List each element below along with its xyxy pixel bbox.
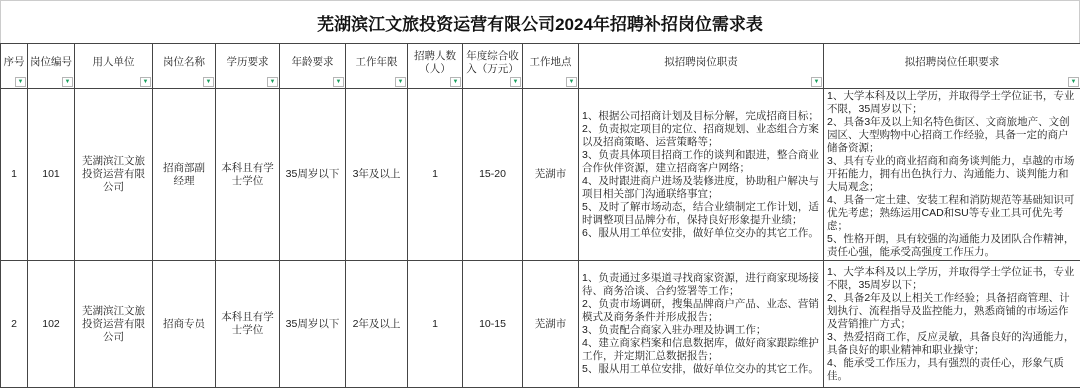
col-header-experience-label: 工作年限 <box>356 56 398 68</box>
col-header-requirements: 拟招聘岗位任职要求 ▼ <box>824 44 1080 89</box>
filter-dropdown-icon[interactable]: ▼ <box>1068 77 1079 87</box>
filter-dropdown-icon[interactable]: ▼ <box>203 77 214 87</box>
filter-dropdown-icon[interactable]: ▼ <box>62 77 73 87</box>
col-header-position: 岗位名称 ▼ <box>153 44 216 89</box>
cell-job-code: 101 <box>28 89 75 261</box>
filter-dropdown-icon[interactable]: ▼ <box>267 77 278 87</box>
recruitment-sheet: 芜湖滨江文旅投资运营有限公司2024年招聘补招岗位需求表 序号 ▼ 岗位编号 ▼… <box>0 0 1080 388</box>
cell-location: 芜湖市 <box>523 261 579 388</box>
col-header-location-label: 工作地点 <box>530 56 572 68</box>
filter-dropdown-icon[interactable]: ▼ <box>140 77 151 87</box>
cell-seq: 2 <box>1 261 28 388</box>
col-header-employer-label: 用人单位 <box>93 56 135 68</box>
col-header-age: 年龄要求 ▼ <box>280 44 346 89</box>
col-header-education-label: 学历要求 <box>227 56 269 68</box>
cell-position: 招商部副经理 <box>153 89 216 261</box>
col-header-requirements-label: 拟招聘岗位任职要求 <box>905 56 1000 68</box>
cell-age: 35周岁以下 <box>280 261 346 388</box>
cell-employer: 芜湖滨江文旅投资运营有限公司 <box>75 89 153 261</box>
filter-dropdown-icon[interactable]: ▼ <box>395 77 406 87</box>
filter-dropdown-icon[interactable]: ▼ <box>510 77 521 87</box>
cell-headcount: 1 <box>408 261 463 388</box>
sheet-title: 芜湖滨江文旅投资运营有限公司2024年招聘补招岗位需求表 <box>0 0 1080 43</box>
filter-dropdown-icon[interactable]: ▼ <box>811 77 822 87</box>
cell-experience: 3年及以上 <box>346 89 408 261</box>
filter-dropdown-icon[interactable]: ▼ <box>15 77 26 87</box>
cell-age: 35周岁以下 <box>280 89 346 261</box>
col-header-job-code: 岗位编号 ▼ <box>28 44 75 89</box>
filter-dropdown-icon[interactable]: ▼ <box>566 77 577 87</box>
cell-income: 15-20 <box>463 89 523 261</box>
col-header-position-label: 岗位名称 <box>163 56 205 68</box>
col-header-location: 工作地点 ▼ <box>523 44 579 89</box>
col-header-headcount: 招聘人数（人） ▼ <box>408 44 463 89</box>
header-row: 序号 ▼ 岗位编号 ▼ 用人单位 ▼ 岗位名称 ▼ 学历要求 ▼ <box>1 44 1080 89</box>
col-header-age-label: 年龄要求 <box>292 56 334 68</box>
cell-headcount: 1 <box>408 89 463 261</box>
col-header-seq: 序号 ▼ <box>1 44 28 89</box>
cell-education: 本科且有学士学位 <box>216 261 280 388</box>
cell-requirements: 1、大学本科及以上学历，并取得学士学位证书，专业不限，35周岁以下； 2、具备2… <box>824 261 1080 388</box>
cell-duties: 1、根据公司招商计划及目标分解，完成招商目标； 2、负责拟定项目的定位、招商规划… <box>579 89 824 261</box>
cell-experience: 2年及以上 <box>346 261 408 388</box>
cell-employer: 芜湖滨江文旅投资运营有限公司 <box>75 261 153 388</box>
col-header-duties: 拟招聘岗位职责 ▼ <box>579 44 824 89</box>
cell-requirements: 1、大学本科及以上学历，并取得学士学位证书，专业不限，35周岁以下； 2、具备3… <box>824 89 1080 261</box>
recruitment-table: 序号 ▼ 岗位编号 ▼ 用人单位 ▼ 岗位名称 ▼ 学历要求 ▼ <box>0 43 1080 388</box>
cell-job-code: 102 <box>28 261 75 388</box>
cell-education: 本科且有学士学位 <box>216 89 280 261</box>
cell-position: 招商专员 <box>153 261 216 388</box>
col-header-headcount-label: 招聘人数（人） <box>414 50 456 75</box>
col-header-duties-label: 拟招聘岗位职责 <box>664 56 738 68</box>
filter-dropdown-icon[interactable]: ▼ <box>450 77 461 87</box>
cell-seq: 1 <box>1 89 28 261</box>
col-header-experience: 工作年限 ▼ <box>346 44 408 89</box>
cell-income: 10-15 <box>463 261 523 388</box>
col-header-employer: 用人单位 ▼ <box>75 44 153 89</box>
col-header-seq-label: 序号 <box>4 56 25 68</box>
filter-dropdown-icon[interactable]: ▼ <box>333 77 344 87</box>
table-row: 2 102 芜湖滨江文旅投资运营有限公司 招商专员 本科且有学士学位 35周岁以… <box>1 261 1080 388</box>
col-header-income-label: 年度综合收入（万元） <box>466 50 519 75</box>
cell-duties: 1、负责通过多渠道寻找商家资源，进行商家现场接待、商务洽谈、合约签署等工作； 2… <box>579 261 824 388</box>
col-header-job-code-label: 岗位编号 <box>30 56 72 68</box>
table-row: 1 101 芜湖滨江文旅投资运营有限公司 招商部副经理 本科且有学士学位 35周… <box>1 89 1080 261</box>
col-header-income: 年度综合收入（万元） ▼ <box>463 44 523 89</box>
col-header-education: 学历要求 ▼ <box>216 44 280 89</box>
cell-location: 芜湖市 <box>523 89 579 261</box>
